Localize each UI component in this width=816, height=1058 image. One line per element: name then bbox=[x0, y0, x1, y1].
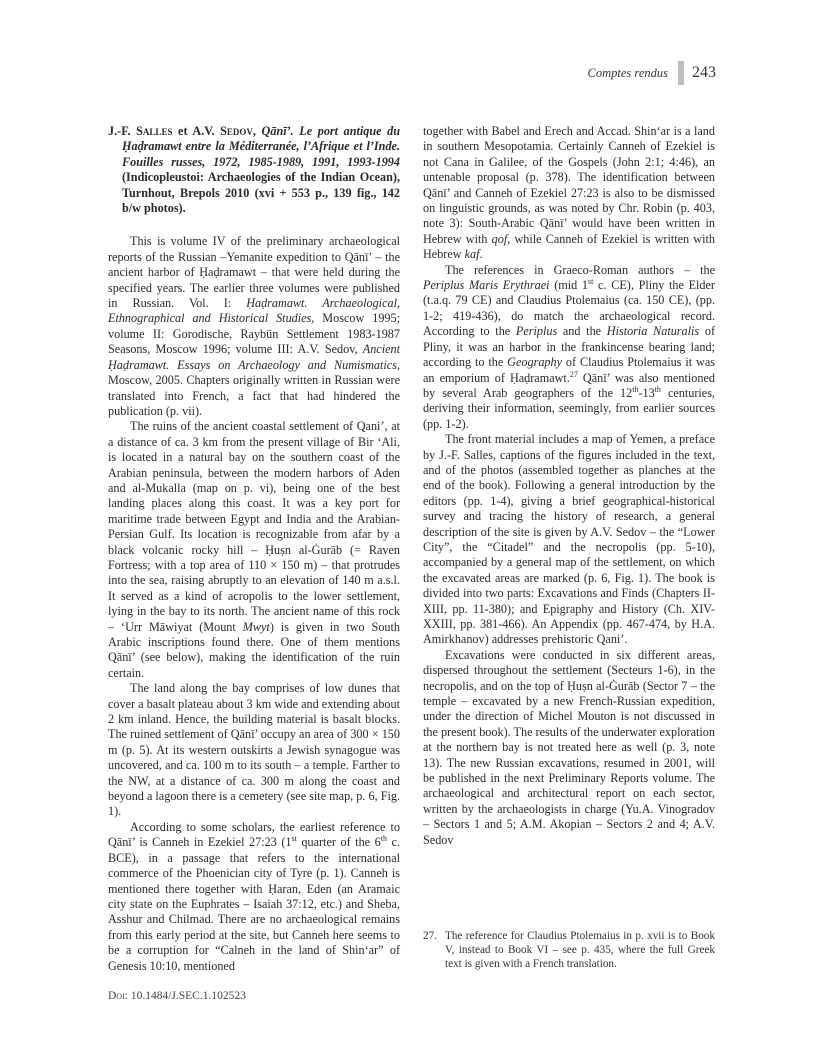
paragraph: Excavations were conducted in six differ… bbox=[423, 648, 715, 848]
running-head: Comptes rendus bbox=[588, 66, 668, 81]
paragraph: This is volume IV of the preliminary arc… bbox=[108, 234, 400, 419]
page-header: Comptes rendus 243 bbox=[588, 60, 716, 86]
text: and the bbox=[557, 324, 607, 338]
text: The ruins of the ancient coastal settlem… bbox=[108, 419, 400, 633]
text: The references in Graeco-Roman authors –… bbox=[445, 263, 715, 277]
right-column: together with Babel and Erech and Accad.… bbox=[423, 124, 715, 848]
doi: Doi: 10.1484/J.SEC.1.102523 bbox=[108, 990, 246, 1002]
left-column: J.-F. Salles et A.V. Sedov, Qānī’. Le po… bbox=[108, 124, 400, 974]
authors-conj: et A.V. bbox=[172, 124, 220, 138]
italic-title: Periplus Maris Erythraei bbox=[423, 278, 550, 292]
italic-title: Historia Naturalis bbox=[607, 324, 699, 338]
page-number: 243 bbox=[692, 64, 716, 82]
footnote: 27. The reference for Claudius Ptolemaiu… bbox=[423, 929, 715, 971]
text: together with Babel and Erech and Accad.… bbox=[423, 124, 715, 246]
text: . bbox=[480, 247, 483, 261]
footnote-reference[interactable]: 27 bbox=[570, 369, 578, 378]
header-divider bbox=[678, 61, 684, 85]
paragraph: The land along the bay comprises of low … bbox=[108, 681, 400, 820]
footnote-text: The reference for Claudius Ptolemaius in… bbox=[445, 929, 715, 971]
italic-term: qof bbox=[492, 232, 508, 246]
doi-value[interactable]: : 10.1484/J.SEC.1.102523 bbox=[125, 990, 246, 1002]
text: quarter of the 6 bbox=[297, 835, 381, 849]
italic-term: kaf bbox=[465, 247, 480, 261]
paragraph: The ruins of the ancient coastal settlem… bbox=[108, 419, 400, 681]
italic-title: Geography bbox=[507, 355, 562, 369]
italic-title: Periplus bbox=[516, 324, 557, 338]
author1-surname: Salles bbox=[136, 124, 172, 138]
paragraph: According to some scholars, the earliest… bbox=[108, 820, 400, 974]
authors-prefix: J.-F. bbox=[108, 124, 136, 138]
italic-term: Mwyt bbox=[243, 620, 270, 634]
footnote-number: 27. bbox=[423, 929, 445, 971]
text: c. BCE), in a passage that refers to the… bbox=[108, 835, 400, 972]
doi-label: Doi bbox=[108, 990, 125, 1002]
paragraph: The front material includes a map of Yem… bbox=[423, 432, 715, 648]
text: -13 bbox=[638, 386, 654, 400]
paragraph: The references in Graeco-Roman authors –… bbox=[423, 263, 715, 432]
review-heading: J.-F. Salles et A.V. Sedov, Qānī’. Le po… bbox=[108, 124, 400, 216]
heading-comma: , bbox=[253, 124, 262, 138]
book-publication-info: (Indicopleustoi: Archaeologies of the In… bbox=[122, 170, 400, 215]
text: (mid 1 bbox=[550, 278, 589, 292]
paragraph: together with Babel and Erech and Accad.… bbox=[423, 124, 715, 263]
author2-surname: Sedov bbox=[220, 124, 253, 138]
